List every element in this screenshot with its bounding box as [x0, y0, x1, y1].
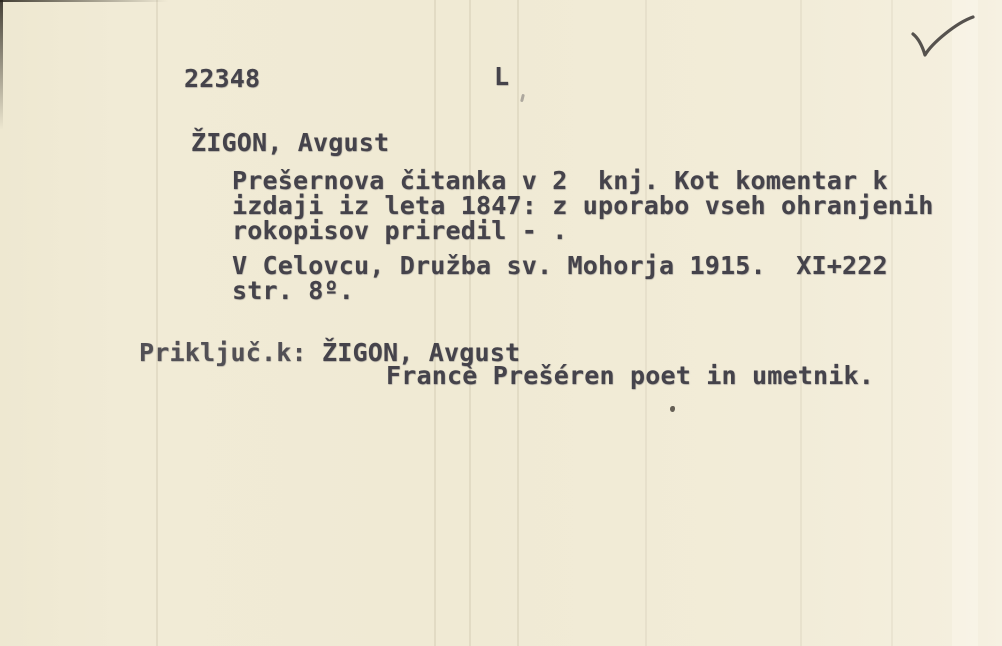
note-label: Priključ.k:	[139, 340, 307, 365]
title-line-3: rokopisov priredil - .	[232, 218, 568, 243]
author-heading: ŽIGON, Avgust	[191, 130, 389, 155]
note-title-ref: Francè Prešéren poet in umetnik.	[386, 363, 874, 388]
scan-edge-top	[0, 0, 168, 2]
paper-streak	[156, 0, 158, 646]
paper-streak	[517, 0, 519, 646]
paper-streak	[645, 0, 647, 646]
paper-streak	[800, 0, 802, 646]
stray-ink-mark	[520, 94, 525, 102]
paper-streak	[891, 0, 893, 646]
imprint-line-1: V Celovcu, Družba sv. Mohorja 1915. XI+2…	[232, 253, 888, 278]
classification-letter: L	[494, 64, 509, 89]
imprint-line-2: str. 8º.	[232, 278, 354, 303]
paper-streak	[434, 0, 436, 646]
scan-edge-left	[0, 0, 3, 130]
checkmark-icon	[898, 10, 982, 62]
title-line-2: izdaji iz leta 1847: z uporabo vseh ohra…	[232, 193, 934, 218]
call-number: 22348	[184, 66, 260, 91]
title-line-1: Prešernova čitanka v 2 knj. Kot komentar…	[232, 168, 888, 193]
ink-speck	[670, 406, 675, 412]
paper-streak	[469, 0, 471, 646]
catalog-card: 22348 L ŽIGON, Avgust Prešernova čitanka…	[0, 0, 1002, 646]
paper-light-band	[952, 0, 978, 646]
